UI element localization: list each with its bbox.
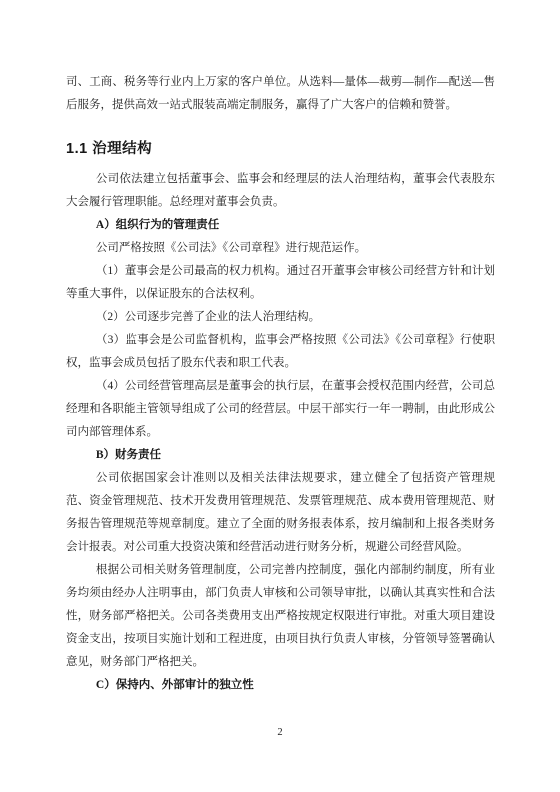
paragraph-b1: 公司依据国家会计准则以及相关法律法规要求，建立健全了包括资产管理规范、资金管理规… (66, 467, 495, 559)
paragraph-b2: 根据公司相关财务管理制度，公司完善内控制度，强化内部制约制度，所有业务均须由经办… (66, 559, 495, 674)
document-page: 司、工商、税务等行业内上万家的客户单位。从选料—量体—裁剪—制作—配送—售后服务… (0, 0, 560, 792)
intro-continuation-paragraph: 司、工商、税务等行业内上万家的客户单位。从选料—量体—裁剪—制作—配送—售后服务… (66, 71, 495, 117)
paragraph-a1: 公司严格按照《公司法》《公司章程》进行规范运作。 (66, 237, 495, 260)
subsection-heading-c: C）保持内、外部审计的独立性 (66, 674, 495, 697)
paragraph-a4: （3）监事会是公司监督机构，监事会严格按照《公司法》《公司章程》行使职权，监事会… (66, 329, 495, 375)
section-heading-governance: 1.1 治理结构 (66, 139, 495, 159)
paragraph-a3: （2）公司逐步完善了企业的法人治理结构。 (66, 306, 495, 329)
section-intro-paragraph: 公司依法建立包括董事会、监事会和经理层的法人治理结构，董事会代表股东大会履行管理… (66, 168, 495, 214)
subsection-heading-a: A）组织行为的管理责任 (66, 214, 495, 237)
page-content: 司、工商、税务等行业内上万家的客户单位。从选料—量体—裁剪—制作—配送—售后服务… (66, 71, 495, 697)
subsection-heading-b: B）财务责任 (66, 444, 495, 467)
paragraph-a2: （1）董事会是公司最高的权力机构。通过召开董事会审核公司经营方针和计划等重大事件… (66, 260, 495, 306)
paragraph-a5: （4）公司经营管理高层是董事会的执行层，在董事会授权范围内经营，公司总经理和各职… (66, 375, 495, 444)
page-number: 2 (0, 727, 560, 739)
